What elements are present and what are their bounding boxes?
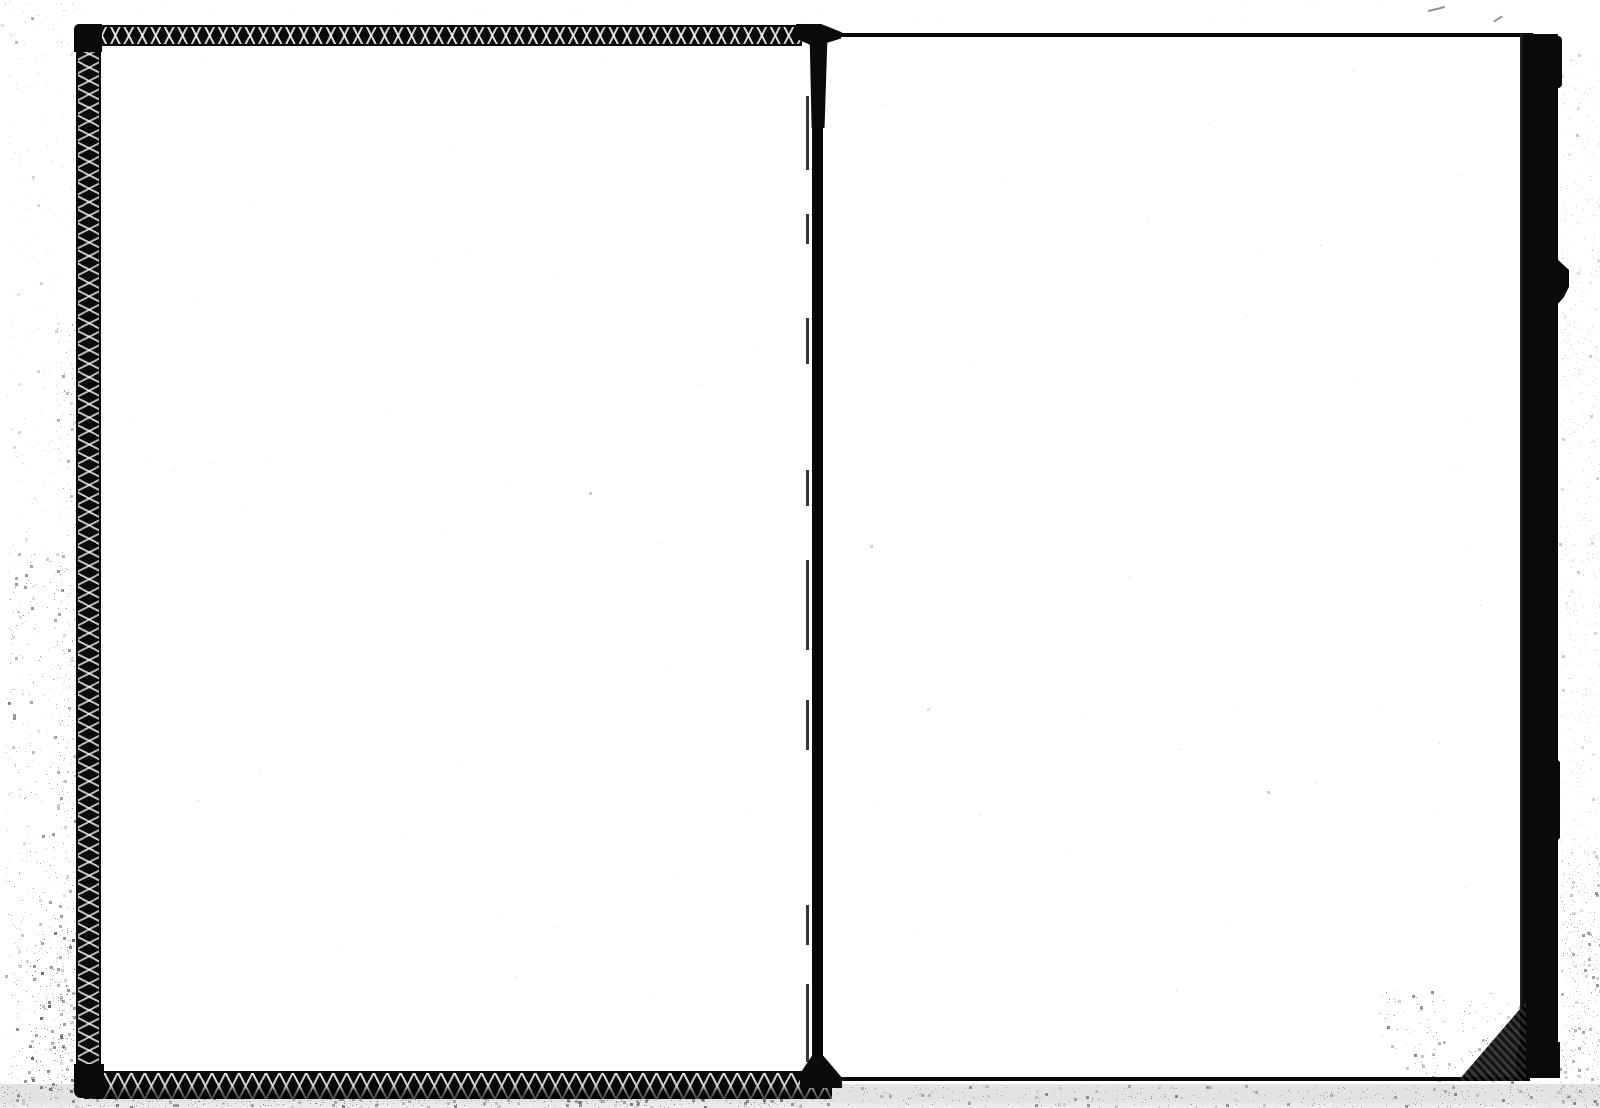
right-page-bottom-edge-line [814, 1077, 1530, 1081]
cover-right-edge-bump [1554, 760, 1560, 840]
scanner-noise [0, 0, 1, 1]
page-edge-mark [806, 318, 809, 364]
spine-gutter-line [812, 30, 823, 1082]
cover-bottom-edge-band [84, 1071, 832, 1099]
scanner-noise [0, 0, 1, 1]
scanner-noise [0, 0, 1, 1]
scanner-noise [0, 0, 1, 1]
cover-left-edge-band [76, 26, 101, 1092]
cover-clasp-bump [1556, 258, 1569, 306]
book-scan [0, 0, 1600, 1108]
page-edge-mark [806, 214, 809, 244]
page-edge-mark [806, 700, 809, 750]
pencil-mark [1428, 6, 1445, 12]
scanner-noise [0, 0, 1, 1]
right-page [828, 38, 1520, 1076]
scanner-noise [0, 0, 1, 1]
cover-corner-bottom-left [74, 1064, 104, 1098]
page-edge-mark [806, 96, 809, 170]
cover-right-edge-band [1520, 34, 1558, 1078]
cover-corner-top-left [74, 24, 102, 52]
scanner-noise [0, 0, 1, 1]
scanner-noise [0, 0, 1, 1]
page-edge-mark [806, 470, 809, 506]
cover-right-edge-top-flare [1554, 36, 1562, 88]
scanner-noise [0, 0, 1, 1]
right-page-top-edge-line [826, 33, 1534, 37]
page-edge-mark [806, 984, 809, 1062]
left-page [98, 44, 810, 1072]
pencil-mark [1493, 16, 1503, 23]
scanner-noise [0, 0, 1, 1]
scanner-noise [0, 0, 1, 1]
page-edge-mark [806, 905, 809, 945]
page-edge-mark [806, 560, 809, 650]
scanner-noise [0, 0, 1, 1]
cover-top-edge-band [86, 25, 802, 46]
